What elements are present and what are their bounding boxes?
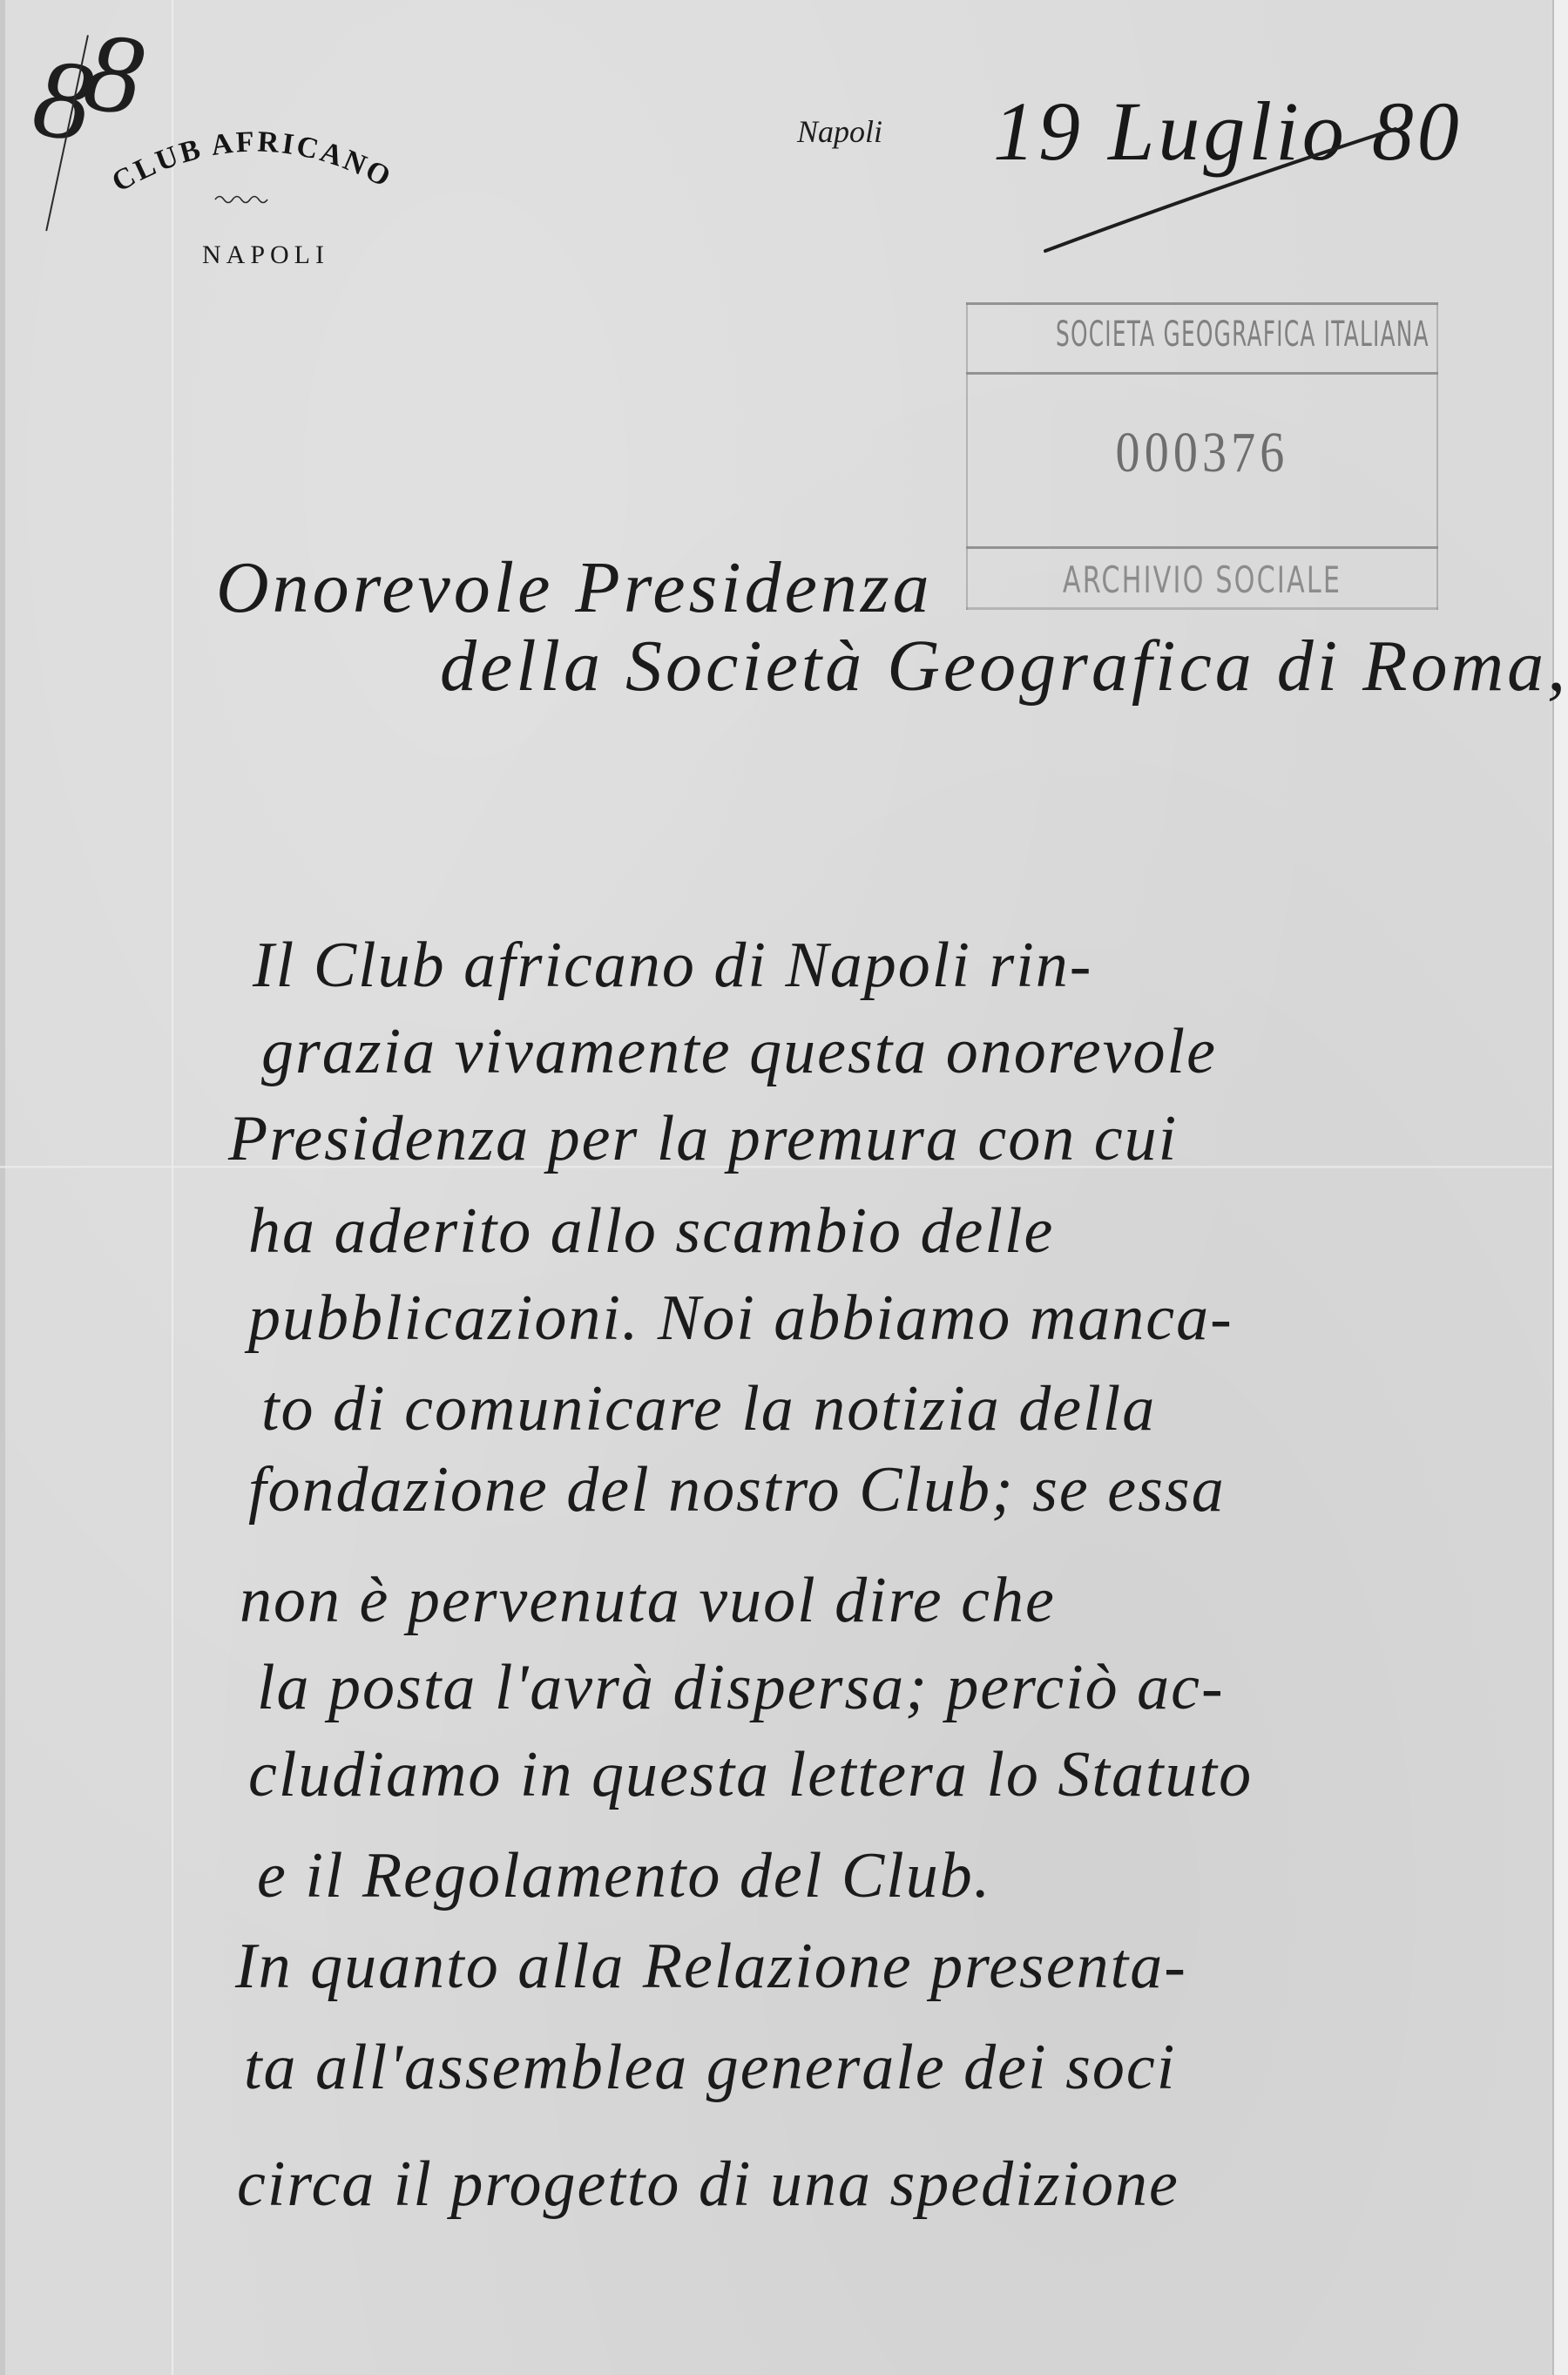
- dateline-place: Napoli: [797, 113, 882, 150]
- svg-text:CLUB AFRICANO: CLUB AFRICANO: [106, 125, 397, 198]
- margin-line: [172, 0, 173, 2375]
- body-line: circa il progetto di una spedizione: [237, 2148, 1179, 2222]
- letterhead-city: NAPOLI: [174, 240, 357, 270]
- stamp-rule-top: [966, 302, 1438, 305]
- salutation-line-2: della Società Geografica di Roma,: [440, 624, 1568, 708]
- body-line: ta all'assemblea generale dei soci: [244, 2031, 1176, 2105]
- body-line: fondazione del nostro Club; se essa: [248, 1453, 1226, 1527]
- body-line: la posta l'avrà dispersa; perciò ac-: [257, 1651, 1225, 1725]
- letterhead-organization-text: CLUB AFRICANO: [106, 125, 397, 198]
- archive-stamp: SOCIETA GEOGRAFICA ITALIANA 000376 ARCHI…: [966, 302, 1438, 610]
- stamp-rule-right: [1436, 302, 1438, 610]
- body-line: non è pervenuta vuol dire che: [240, 1564, 1056, 1638]
- body-line: grazia vivamente questa onorevole: [261, 1015, 1217, 1089]
- body-line: e il Regolamento del Club.: [257, 1839, 991, 1913]
- body-line: pubblicazioni. Noi abbiamo manca-: [248, 1282, 1233, 1356]
- body-line: In quanto alla Relazione presenta-: [235, 1930, 1187, 2004]
- stamp-archive-number: 000376: [1002, 420, 1403, 486]
- body-line: Il Club africano di Napoli rin-: [253, 929, 1092, 1003]
- salutation-line-1: Onorevole Presidenza: [216, 545, 933, 630]
- body-line: to di comunicare la notizia della: [261, 1372, 1156, 1446]
- stamp-society-name: SOCIETA GEOGRAFICA ITALIANA: [1056, 315, 1348, 355]
- body-line: Presidenza per la premura con cui: [228, 1102, 1178, 1176]
- stamp-rule-left: [966, 302, 968, 610]
- letter-page: 8 8 CLUB AFRICANO NAPOLI Napoli 19 Lugli…: [0, 0, 1554, 2375]
- stamp-rule-upper: [966, 372, 1438, 375]
- page-left-edge: [0, 0, 5, 2375]
- stamp-rule-lower: [966, 546, 1438, 549]
- body-line: ha aderito allo scambio delle: [248, 1194, 1054, 1269]
- stamp-archive-label: ARCHIVIO SOCIALE: [1032, 558, 1372, 601]
- body-line: cludiamo in questa lettera lo Statuto: [248, 1738, 1253, 1812]
- letterhead-ornament: [213, 193, 274, 206]
- stamp-rule-bottom: [966, 607, 1438, 610]
- date-underline: [1037, 122, 1402, 261]
